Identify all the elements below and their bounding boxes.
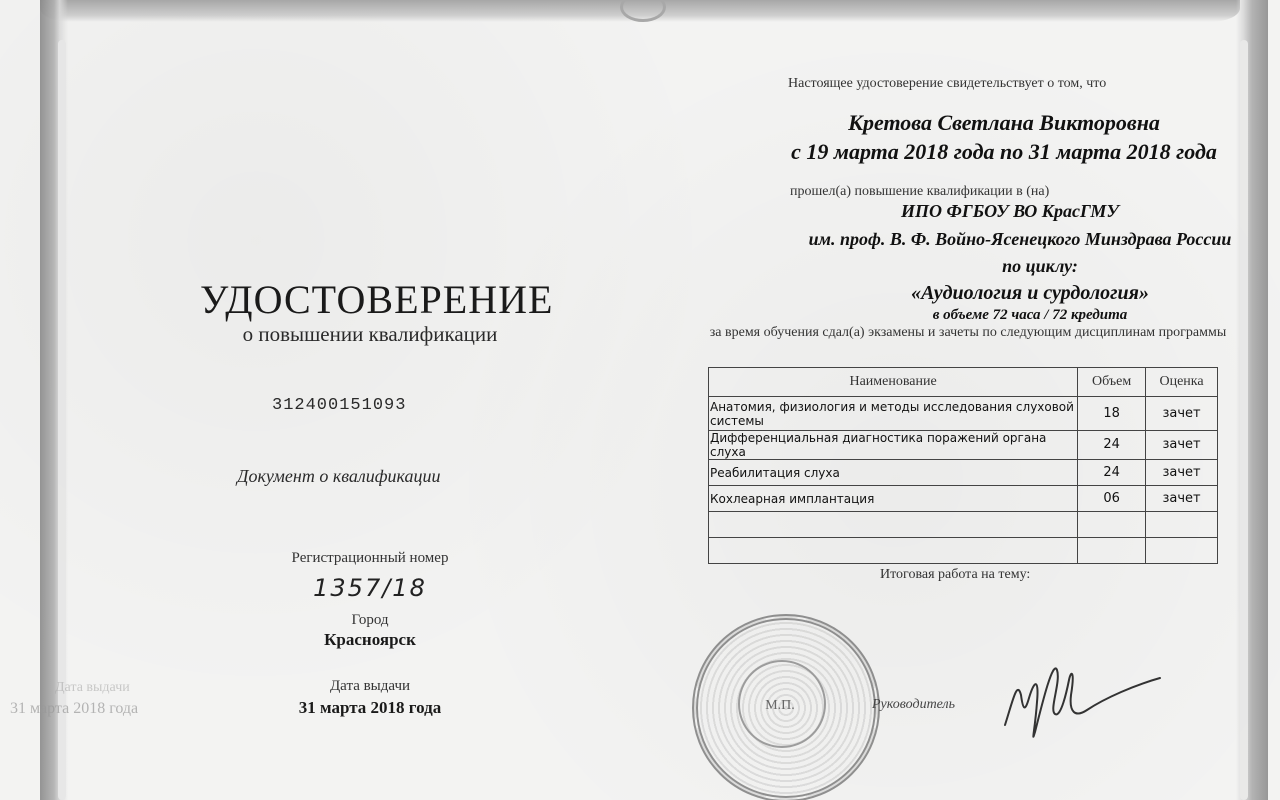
table-row-empty xyxy=(709,538,1218,564)
subject-grade xyxy=(1146,538,1218,564)
subject-name: Дифференциальная диагностика поражений о… xyxy=(709,431,1078,460)
serial-number: 312400151093 xyxy=(272,396,406,415)
holder-name: Кретова Светлана Викторовна xyxy=(640,110,1280,136)
stamp-label: М.П. xyxy=(698,698,862,714)
seal-stamp-icon: М.П. xyxy=(692,614,880,800)
subject-name: Кохлеарная имплантация xyxy=(709,486,1078,512)
left-page: Дата выдачи 31 марта 2018 года УДОСТОВЕР… xyxy=(0,0,640,800)
training-volume: в объеме 72 часа / 72 кредита xyxy=(640,307,1280,324)
subject-name xyxy=(709,538,1078,564)
subjects-table: Наименование Объем Оценка Анатомия, физи… xyxy=(708,367,1218,564)
registration-label: Регистрационный номер xyxy=(200,550,540,567)
right-page: Настоящее удостоверение свидетельствует … xyxy=(640,0,1280,800)
training-period: с 19 марта 2018 года по 31 марта 2018 го… xyxy=(640,139,1280,165)
intro-text: Настоящее удостоверение свидетельствует … xyxy=(788,76,1106,92)
subject-hours xyxy=(1078,538,1146,564)
ghost-issue-date: 31 марта 2018 года xyxy=(10,700,138,718)
organization-line1: ИПО ФГБОУ ВО КрасГМУ xyxy=(640,201,1280,222)
table-row-empty xyxy=(709,512,1218,538)
city: Красноярск xyxy=(200,630,540,650)
subject-name: Анатомия, физиология и методы исследован… xyxy=(709,397,1078,431)
certificate-title: УДОСТОВЕРЕНИЕ xyxy=(200,276,540,323)
column-header-name: Наименование xyxy=(709,368,1078,397)
column-header-grade: Оценка xyxy=(1146,368,1218,397)
subject-grade: зачет xyxy=(1146,486,1218,512)
organization-line2: им. проф. В. Ф. Войно-Ясенецкого Минздра… xyxy=(640,229,1280,250)
cycle-label: по циклу: xyxy=(640,256,1280,277)
table-row: Дифференциальная диагностика поражений о… xyxy=(709,431,1218,460)
signature-icon xyxy=(995,640,1165,750)
subject-hours: 24 xyxy=(1078,431,1146,460)
subject-hours: 06 xyxy=(1078,486,1146,512)
final-work-label: Итоговая работа на тему: xyxy=(880,567,1030,583)
cycle-name: «Аудиология и сурдология» xyxy=(640,282,1280,305)
document-type: Документ о квалификации xyxy=(237,466,441,487)
table-header-row: Наименование Объем Оценка xyxy=(709,368,1218,397)
column-header-hours: Объем xyxy=(1078,368,1146,397)
subject-name xyxy=(709,512,1078,538)
head-signature-label: Руководитель xyxy=(872,697,955,713)
subject-hours: 18 xyxy=(1078,397,1146,431)
subject-name: Реабилитация слуха xyxy=(709,460,1078,486)
exams-text: за время обучения сдал(а) экзамены и зач… xyxy=(708,325,1228,340)
table-row: Кохлеарная имплантация 06 зачет xyxy=(709,486,1218,512)
subject-grade: зачет xyxy=(1146,431,1218,460)
subject-grade: зачет xyxy=(1146,397,1218,431)
issue-date-label: Дата выдачи xyxy=(200,678,540,695)
subject-grade xyxy=(1146,512,1218,538)
registration-number: 1357/18 xyxy=(200,574,540,602)
certificate-subtitle: о повышении квалификации xyxy=(200,322,540,347)
ghost-issue-label: Дата выдачи xyxy=(55,680,130,696)
subject-grade: зачет xyxy=(1146,460,1218,486)
table-row: Реабилитация слуха 24 зачет xyxy=(709,460,1218,486)
table-row: Анатомия, физиология и методы исследован… xyxy=(709,397,1218,431)
issue-date: 31 марта 2018 года xyxy=(200,698,540,718)
passed-text: прошел(а) повышение квалификации в (на) xyxy=(790,184,1110,200)
subject-hours: 24 xyxy=(1078,460,1146,486)
subject-hours xyxy=(1078,512,1146,538)
city-label: Город xyxy=(200,612,540,629)
